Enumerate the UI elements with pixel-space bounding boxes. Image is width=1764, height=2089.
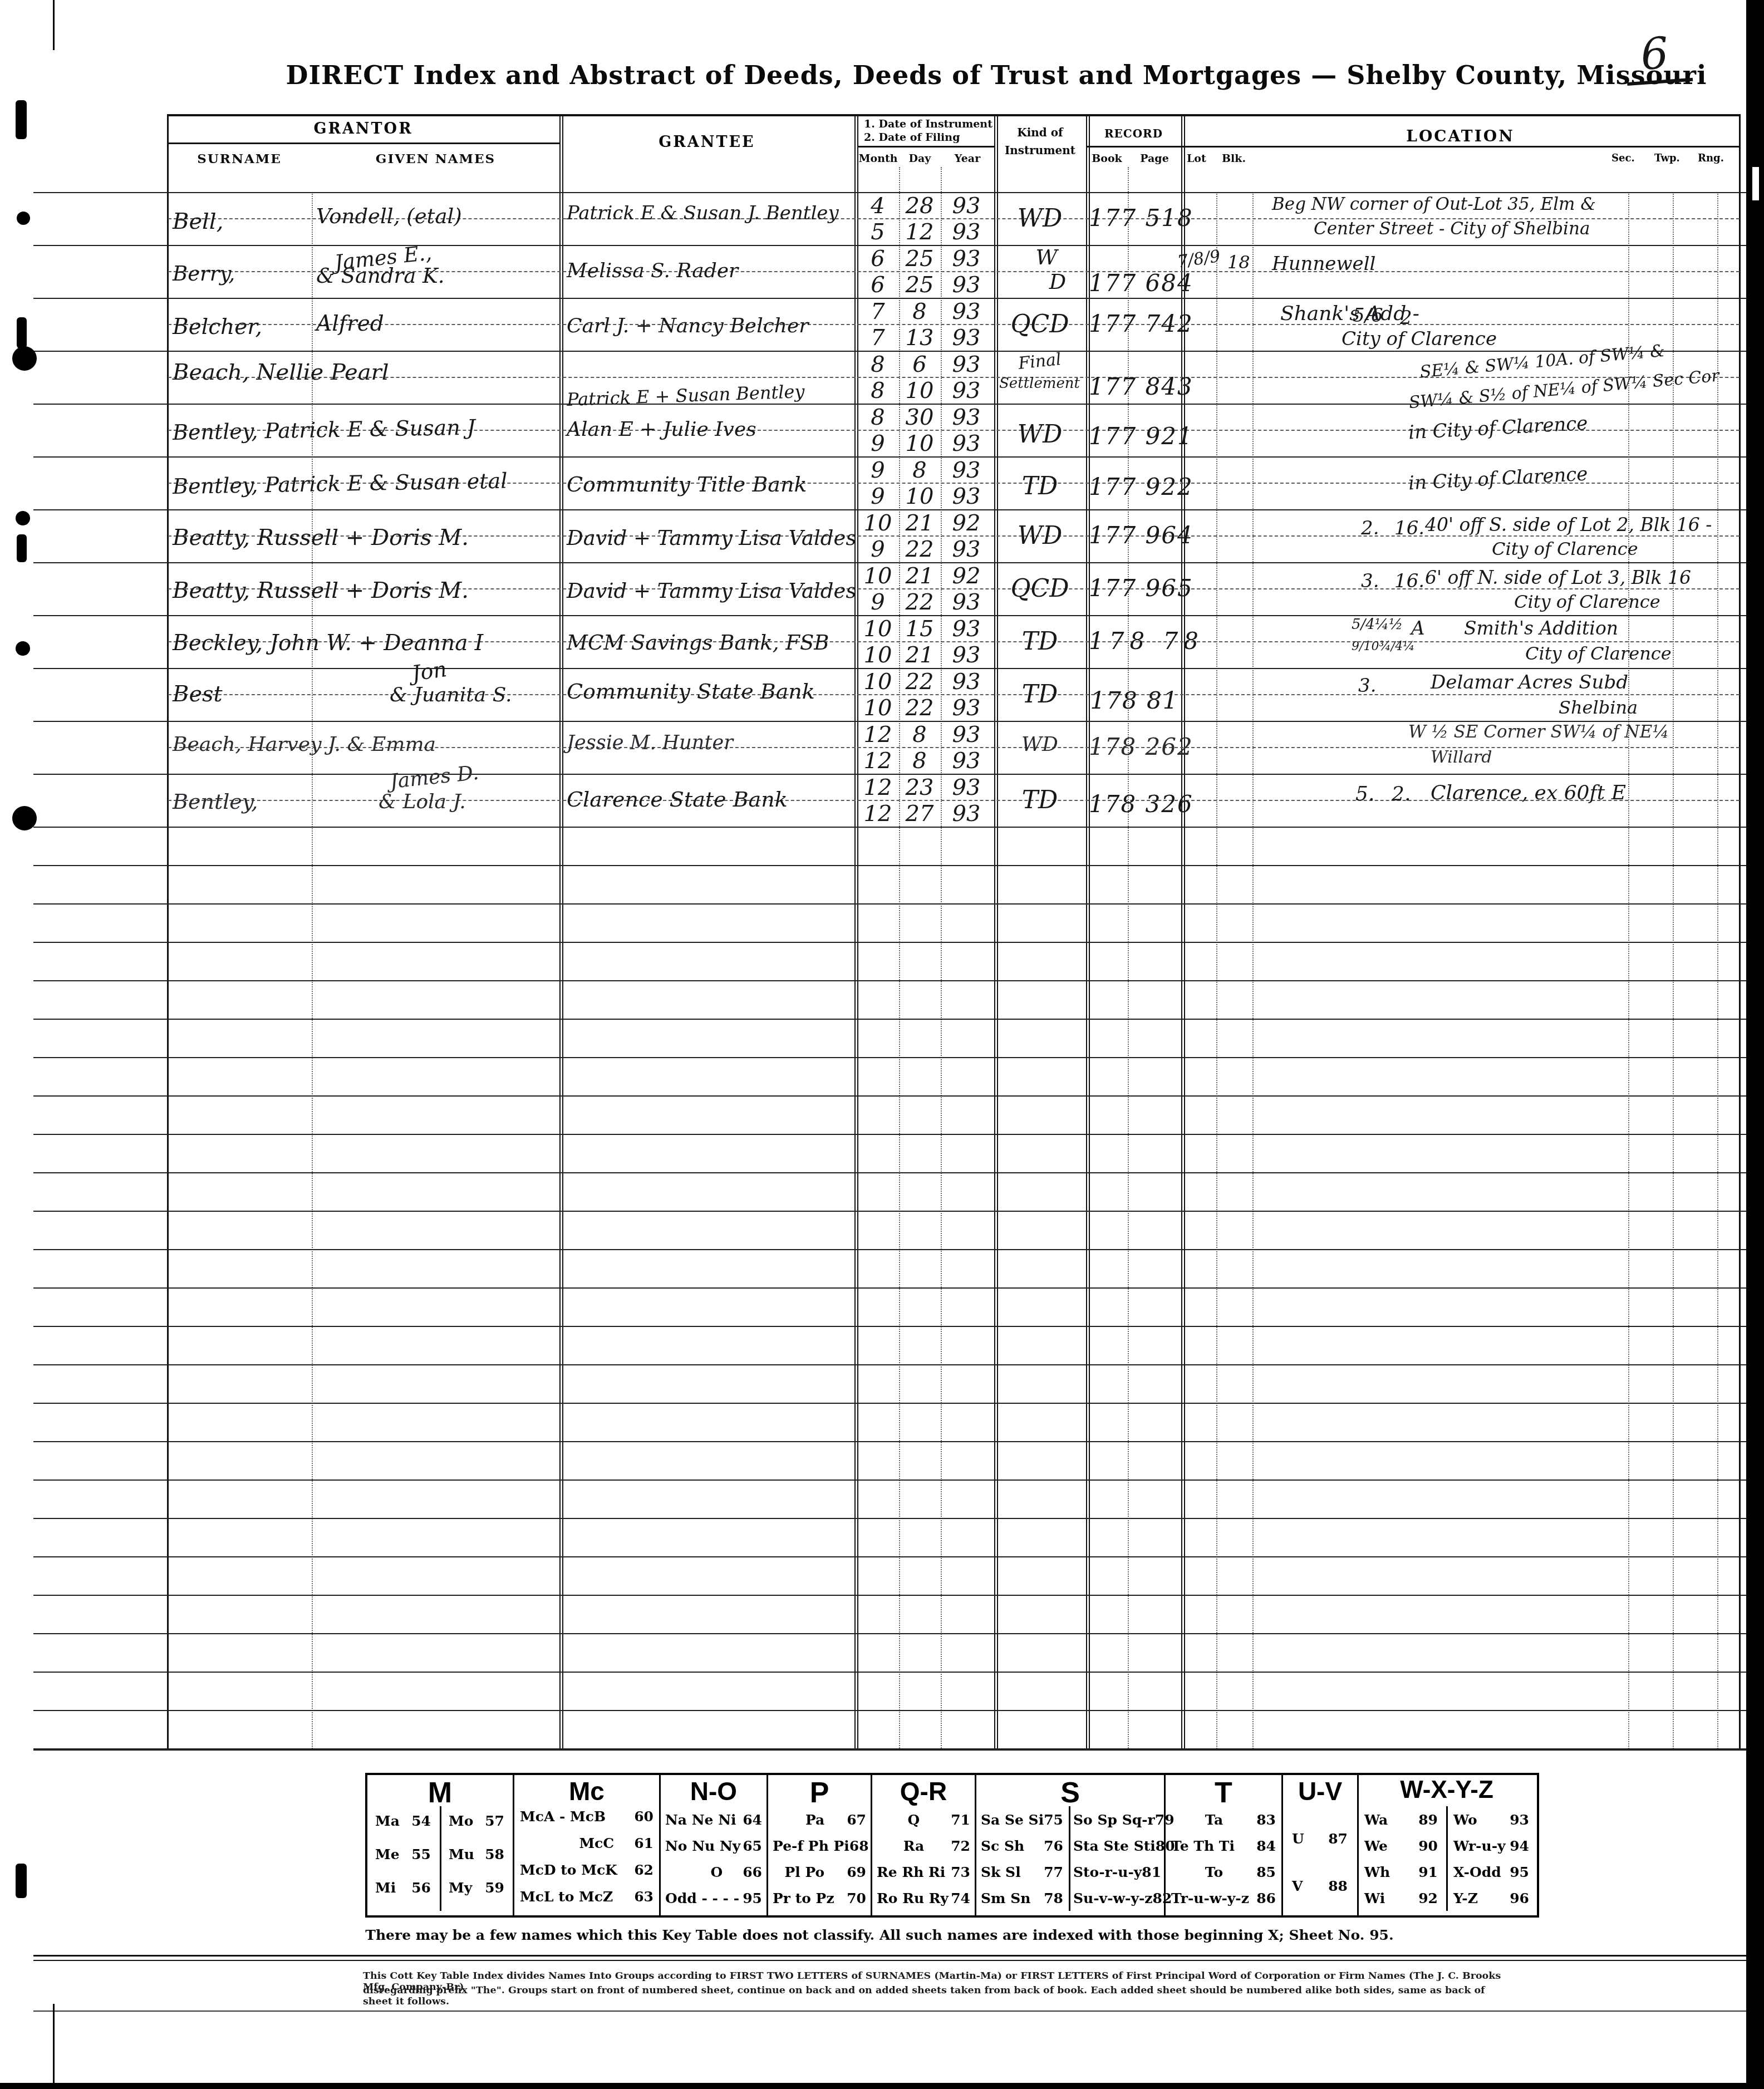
key-label: To (1205, 1864, 1223, 1880)
date-year: 93 (942, 458, 991, 483)
date-month: 8 (859, 405, 897, 430)
ledger-entry: Berry, James E., & Sandra K. Melissa S. … (167, 245, 1740, 298)
grantor-surname: Berry, (173, 262, 315, 286)
header-year: Year (941, 153, 994, 165)
date-day: 8 (900, 458, 940, 483)
header-page: Page (1128, 153, 1181, 165)
key-label: Ra (903, 1838, 925, 1854)
ledger-entry: Beckley, John W. + Deanna I MCM Savings … (167, 615, 1740, 668)
header-record: RECORD (1086, 127, 1181, 140)
filing-year: 93 (942, 272, 991, 298)
grantee: Patrick E & Susan J. Bentley (567, 202, 853, 224)
rule-line (33, 1326, 1748, 1327)
ledger-entry: Beach, Nellie Pearl Patrick E + Susan Be… (167, 351, 1740, 404)
grantor-given-2: & Juanita S. (390, 684, 512, 706)
rule-line (33, 1441, 1748, 1442)
hole-punch (16, 511, 30, 525)
key-number: 66 (743, 1864, 762, 1880)
header-kind-2: Instrument (994, 144, 1086, 157)
key-label: Q (907, 1812, 920, 1828)
filing-month: 5 (859, 219, 897, 245)
record-book-page: 177 684 (1089, 269, 1180, 297)
filing-month: 9 (859, 589, 897, 615)
blk: 2. (1392, 783, 1411, 805)
date-day: 6 (900, 352, 940, 377)
key-group-qr: Q-R Q71 Ra72 Re Rh Ri73 Ro Ru Ry74 (872, 1775, 976, 1915)
key-label: Y-Z (1453, 1890, 1478, 1906)
kind-of-instrument-1: Final (995, 347, 1085, 376)
location-line2: Center Street - City of Shelbina (1314, 219, 1590, 239)
hole-punch (12, 806, 37, 830)
date-month: 9 (859, 458, 897, 483)
key-number: 77 (1044, 1864, 1063, 1880)
kind-of-instrument: QCD (995, 310, 1084, 338)
header-location: LOCATION (1181, 127, 1740, 145)
grantor-name: Beckley, John W. + Deanna I (173, 631, 557, 656)
filing-month: 9 (859, 431, 897, 456)
scan-edge-notch (1752, 167, 1759, 200)
key-label: McA - McB (520, 1808, 606, 1825)
date-year: 93 (942, 616, 991, 642)
grantee: David + Tammy Lisa Valdes (567, 526, 853, 550)
record-book-page: 177 965 (1089, 574, 1180, 602)
rule-line (33, 1710, 1748, 1711)
grantor-surname: Bell, (173, 209, 315, 234)
grantor-underline (167, 142, 559, 144)
lot: 3. (1358, 675, 1376, 697)
key-group-title: P (768, 1776, 871, 1810)
key-group-title: N-O (661, 1776, 766, 1806)
filing-day: 22 (900, 695, 940, 721)
binder-mark (17, 534, 27, 562)
header-grantee: GRANTEE (559, 134, 854, 151)
header-surname: SURNAME (167, 151, 312, 166)
filing-day: 12 (900, 219, 940, 245)
key-number: 68 (849, 1838, 869, 1854)
key-number: 55 (411, 1846, 431, 1862)
rule-line (33, 827, 1748, 828)
key-number: 95 (743, 1890, 762, 1906)
grantee: Clarence State Bank (567, 787, 853, 812)
key-label: Pr to Pz (773, 1890, 834, 1906)
kind-of-instrument-1: W (1002, 245, 1091, 269)
rule-line (33, 1287, 1748, 1289)
key-label: Ta (1205, 1812, 1223, 1828)
grantor-name: Beatty, Russell + Doris M. (173, 525, 557, 550)
key-number: 85 (1256, 1864, 1276, 1880)
key-number: 69 (847, 1864, 866, 1880)
date-month: 7 (859, 299, 897, 325)
key-label: Tr-u-w-y-z (1171, 1890, 1249, 1906)
key-number: 78 (1044, 1890, 1063, 1906)
filing-year: 93 (942, 695, 991, 721)
grantor-name: Bentley, Patrick E & Susan etal (173, 468, 557, 499)
date-year: 93 (942, 352, 991, 377)
record-book-page: 177 922 (1089, 473, 1180, 500)
key-label: X-Odd (1453, 1864, 1501, 1880)
key-label: Wa (1364, 1812, 1388, 1828)
filing-month: 12 (859, 801, 897, 827)
filing-year: 93 (942, 589, 991, 615)
header-twp: Twp. (1654, 153, 1680, 164)
location-line1: in City of Clarence (1408, 412, 1588, 444)
key-number: 73 (951, 1864, 970, 1880)
key-label: Pl Po (784, 1864, 824, 1880)
filing-day: 22 (900, 537, 940, 562)
date-day: 23 (900, 775, 940, 800)
blk: 16. (1394, 570, 1424, 592)
binder-mark (16, 100, 27, 139)
filing-month: 10 (859, 642, 897, 668)
date-year: 93 (942, 246, 991, 272)
grantor-given: Alfred (316, 311, 557, 336)
date-month: 10 (859, 616, 897, 642)
rule-line (33, 980, 1748, 981)
filing-day: 10 (900, 431, 940, 456)
key-label: We (1364, 1838, 1388, 1854)
lot-line2: 9/10¾/4¼ (1352, 640, 1414, 653)
header-month: Month (857, 153, 899, 165)
rule-line (33, 1556, 1748, 1557)
grantee: David + Tammy Lisa Valdes (567, 579, 853, 603)
date-month: 6 (859, 246, 897, 272)
grantor-surname: Best (173, 681, 315, 707)
lot-line1: 5/4¼½ (1352, 616, 1403, 633)
rule-line (33, 1134, 1748, 1135)
key-number: 94 (1510, 1838, 1529, 1854)
filing-year: 93 (942, 748, 991, 774)
grantee: MCM Savings Bank, FSB (567, 631, 853, 655)
key-group-title: U-V (1283, 1776, 1357, 1806)
key-number: 89 (1418, 1812, 1438, 1828)
key-label: Me (375, 1846, 400, 1862)
grantor-name: Bentley, Patrick E & Susan J (173, 414, 557, 445)
filing-year: 93 (942, 537, 991, 562)
filing-year: 93 (942, 325, 991, 351)
location-line2: Shelbina (1559, 697, 1638, 718)
filing-year: 93 (942, 484, 991, 509)
kind-of-instrument: WD (995, 733, 1084, 756)
header-blk: Blk. (1222, 153, 1246, 165)
key-label: Sto-r-u-y (1073, 1864, 1142, 1880)
key-number: 61 (634, 1835, 653, 1851)
location-line1: Shank's Add - (1280, 302, 1419, 325)
filing-month: 12 (859, 748, 897, 774)
page-title: DIRECT Index and Abstract of Deeds, Deed… (234, 60, 1759, 90)
grantee: Community Title Bank (567, 472, 853, 497)
key-number: 81 (1142, 1864, 1161, 1880)
date-month: 10 (859, 510, 897, 536)
key-label: Wh (1364, 1864, 1390, 1880)
location-line1: 40' off S. side of Lot 2, Blk 16 - (1425, 514, 1712, 535)
header-given-names: GIVEN NAMES (312, 151, 559, 166)
location-underline (1181, 146, 1740, 148)
divider-rule-2 (33, 1960, 1748, 1961)
blk: 18 (1227, 252, 1250, 273)
scan-edge-bottom (0, 2083, 1764, 2089)
rule-line (33, 1095, 1748, 1097)
fine-print-line2: disregarding prefix "The". Groups start … (363, 1985, 1504, 2007)
binder-mark (17, 317, 27, 348)
key-number: 93 (1510, 1812, 1529, 1828)
key-number: 84 (1256, 1838, 1276, 1854)
key-number: 70 (847, 1890, 866, 1906)
location-line1: Smith's Addition (1464, 617, 1618, 639)
binder-mark (16, 1864, 27, 1898)
filing-day: 13 (900, 325, 940, 351)
grantee: Alan E + Julie Ives (567, 418, 853, 441)
key-number: 71 (951, 1812, 970, 1828)
grantor-given-2: & Sandra K. (316, 264, 557, 288)
key-label: Sm Sn (981, 1890, 1030, 1906)
key-group-t: T Ta83 Te Th Ti84 To85 Tr-u-w-y-z86 (1166, 1775, 1283, 1915)
key-label: Pa (805, 1812, 824, 1828)
date-day: 25 (900, 246, 940, 272)
grantor-surname: Belcher, (173, 314, 315, 340)
key-group-title: T (1166, 1776, 1281, 1810)
rule-line (33, 1748, 1748, 1751)
page-edge-mark (53, 0, 55, 50)
key-number: 76 (1044, 1838, 1063, 1854)
header-grantor: GRANTOR (167, 120, 559, 137)
record-book-page: 177 964 (1089, 522, 1180, 549)
key-label: Sta Ste Sti (1073, 1838, 1156, 1854)
key-label: Re Rh Ri (877, 1864, 945, 1880)
lot: 5. (1355, 783, 1374, 805)
key-label: U (1292, 1831, 1304, 1847)
key-subdivider (1446, 1806, 1448, 1911)
key-label: V (1292, 1878, 1303, 1894)
key-number: 58 (485, 1846, 504, 1862)
rule-line (33, 903, 1748, 905)
grantor-name: Beatty, Russell + Doris M. (173, 578, 557, 603)
header-day: Day (899, 153, 941, 165)
key-label: Mu (449, 1846, 474, 1862)
key-number: 91 (1418, 1864, 1438, 1880)
location-line2: City of Clarence (1342, 328, 1497, 350)
header-date-filing: 2. Date of Filing (864, 131, 960, 144)
rule-line (33, 1364, 1748, 1365)
location-line2: City of Clarence (1525, 643, 1672, 664)
key-number: 54 (411, 1813, 431, 1829)
date-day: 8 (900, 299, 940, 325)
key-number: 86 (1256, 1890, 1276, 1906)
filing-year: 93 (942, 219, 991, 245)
rule-line (33, 1249, 1748, 1250)
key-group-title: W-X-Y-Z (1359, 1776, 1535, 1804)
key-group-uv: U-V U87 V88 (1283, 1775, 1359, 1915)
key-label: McD to McK (520, 1862, 617, 1878)
date-day: 28 (900, 193, 940, 219)
date-day: 8 (900, 722, 940, 748)
record-book-page: 178 326 (1089, 790, 1180, 818)
key-number: 57 (485, 1813, 504, 1829)
key-group-mc: Mc McA - McB60 McC61 McD to McK62 McL to… (514, 1775, 661, 1915)
filing-day: 8 (900, 748, 940, 774)
handwritten-page-number: 6 (1624, 27, 1693, 86)
record-book-page: 177 843 (1089, 373, 1180, 400)
key-label: Te Th Ti (1171, 1838, 1235, 1854)
rule-line (33, 1633, 1748, 1634)
rule-line (33, 1403, 1748, 1404)
key-number: 74 (951, 1890, 970, 1906)
key-number: 83 (1256, 1812, 1276, 1828)
ledger-entry: Bentley, Patrick E & Susan etal Communit… (167, 456, 1740, 509)
key-label: Ro Ru Ry (877, 1890, 949, 1906)
key-label: Mo (449, 1813, 473, 1829)
key-label: Pe-f Ph Pi (773, 1838, 849, 1854)
key-label: McL to McZ (520, 1889, 613, 1905)
rule-line (33, 1672, 1748, 1673)
key-group-title: M (367, 1776, 513, 1810)
header-date-instrument: 1. Date of Instrument (864, 118, 992, 130)
header-kind-1: Kind of (994, 126, 1086, 139)
date-day: 21 (900, 510, 940, 536)
rule-line (33, 1172, 1748, 1173)
date-year: 92 (942, 563, 991, 589)
date-year: 93 (942, 193, 991, 219)
key-subdivider (1069, 1806, 1070, 1911)
lot: 2. (1361, 517, 1379, 539)
filing-year: 93 (942, 378, 991, 404)
date-year: 93 (942, 775, 991, 800)
record-book-page: 178 262 (1089, 733, 1180, 760)
ledger-entry: Beatty, Russell + Doris M. David + Tammy… (167, 509, 1740, 562)
grantor-given-2: & Lola J. (379, 790, 466, 813)
location-line2: Willard (1431, 748, 1492, 767)
kind-of-instrument: TD (995, 680, 1084, 709)
date-year: 93 (942, 722, 991, 748)
hole-punch (17, 212, 30, 225)
ledger-entry: Bentley, Patrick E & Susan J Alan E + Ju… (167, 404, 1740, 456)
blk: A (1411, 617, 1425, 640)
ledger-entry: Beatty, Russell + Doris M. David + Tammy… (167, 562, 1740, 615)
key-number: 59 (485, 1880, 504, 1896)
key-label: So Sp Sq-r (1073, 1812, 1155, 1828)
ledger-entry: Bentley, James D. & Lola J. Clarence Sta… (167, 774, 1740, 827)
filing-month: 9 (859, 484, 897, 509)
record-underline (1086, 146, 1181, 148)
rule-line (33, 1057, 1748, 1058)
page-edge-mark (53, 2004, 55, 2089)
date-day: 30 (900, 405, 940, 430)
key-group-s: S Sa Se Si75 Sc Sh76 Sk Sl77 Sm Sn78 So … (976, 1775, 1166, 1915)
grantee: Community State Bank (567, 679, 853, 704)
filing-day: 22 (900, 589, 940, 615)
filing-year: 93 (942, 801, 991, 827)
header-sec: Sec. (1611, 153, 1635, 164)
kind-of-instrument: TD (995, 627, 1084, 656)
record-book-page: 178 78 (1089, 627, 1180, 655)
divider-rule-1 (33, 1955, 1748, 1957)
key-number: 96 (1510, 1890, 1529, 1906)
scan-edge-right (1746, 0, 1764, 2089)
filing-day: 21 (900, 642, 940, 668)
filing-month: 10 (859, 695, 897, 721)
key-label: Na Ne Ni (665, 1812, 736, 1828)
filing-day: 25 (900, 272, 940, 298)
blk: 16. (1394, 517, 1424, 539)
grantee: Jessie M. Hunter (567, 732, 853, 754)
key-number: 67 (847, 1812, 866, 1828)
filing-year: 93 (942, 642, 991, 668)
date-underline (857, 146, 994, 148)
date-month: 12 (859, 775, 897, 800)
key-subdivider (440, 1806, 441, 1911)
key-label: Wr-u-y (1453, 1838, 1506, 1854)
hole-punch (16, 641, 30, 656)
date-day: 15 (900, 616, 940, 642)
key-number: 63 (634, 1889, 653, 1905)
grantee: Carl J. + Nancy Belcher (567, 314, 853, 337)
key-group-title: Q-R (872, 1776, 975, 1806)
bottom-thin-rule (33, 2011, 1748, 2012)
rule-line (33, 1518, 1748, 1519)
rule-line (33, 1019, 1748, 1020)
date-month: 4 (859, 193, 897, 219)
key-number: 88 (1328, 1878, 1348, 1894)
filing-year: 93 (942, 431, 991, 456)
key-number: 56 (411, 1880, 431, 1896)
grantor-name: Beach, Harvey J. & Emma (173, 733, 557, 756)
key-number: 65 (743, 1838, 762, 1854)
filing-day: 10 (900, 378, 940, 404)
key-label: My (449, 1880, 472, 1896)
rule-line (33, 1479, 1748, 1481)
filing-day: 10 (900, 484, 940, 509)
location-line1: 6' off N. side of Lot 3, Blk 16 (1425, 567, 1691, 588)
grantor-surname: Bentley, (173, 789, 315, 814)
key-label: Sk Sl (981, 1864, 1021, 1880)
key-number: 60 (634, 1808, 653, 1825)
location-line2: City of Clarence (1492, 538, 1638, 559)
key-number: 87 (1328, 1831, 1348, 1847)
header-lot: Lot (1187, 153, 1206, 165)
key-label: Sc Sh (981, 1838, 1024, 1854)
key-number: 90 (1418, 1838, 1438, 1854)
key-label: Ma (375, 1813, 400, 1829)
key-number: 95 (1510, 1864, 1529, 1880)
kind-of-instrument: TD (995, 472, 1084, 500)
kind-of-instrument: QCD (995, 574, 1084, 603)
key-table-note: There may be a few names which this Key … (167, 1927, 1592, 1943)
header-rng: Rng. (1698, 153, 1724, 164)
filing-month: 6 (859, 272, 897, 298)
ledger-entry: Beach, Harvey J. & Emma Jessie M. Hunter… (167, 721, 1740, 774)
key-number: 72 (951, 1838, 970, 1854)
location-line2: City of Clarence (1514, 591, 1660, 612)
record-book-page: 177 742 (1089, 310, 1180, 337)
key-group-title: Mc (514, 1776, 659, 1806)
grantor-given: Vondell, (etal) (316, 204, 557, 228)
table-top-border (167, 114, 1740, 116)
key-label: No Nu Ny (665, 1838, 740, 1854)
filing-month: 7 (859, 325, 897, 351)
date-month: 10 (859, 563, 897, 589)
kind-of-instrument: WD (995, 420, 1084, 449)
location-line1: W ½ SE Corner SW¼ of NE¼ (1408, 722, 1669, 742)
key-group-no: N-O Na Ne Ni64 No Nu Ny65 O66 Odd - - - … (661, 1775, 768, 1915)
filing-month: 8 (859, 378, 897, 404)
grantee: Melissa S. Rader (567, 259, 853, 282)
key-label: Odd - - - - (665, 1890, 739, 1906)
header-book: Book (1086, 153, 1128, 165)
key-label: Wo (1453, 1812, 1477, 1828)
grantor-name: Beach, Nellie Pearl (173, 360, 557, 385)
key-group-wxyz: W-X-Y-Z Wa89 We90 Wh91 Wi92 Wo93 Wr-u-y9… (1359, 1775, 1535, 1915)
kind-of-instrument: WD (995, 204, 1084, 233)
date-year: 93 (942, 299, 991, 325)
